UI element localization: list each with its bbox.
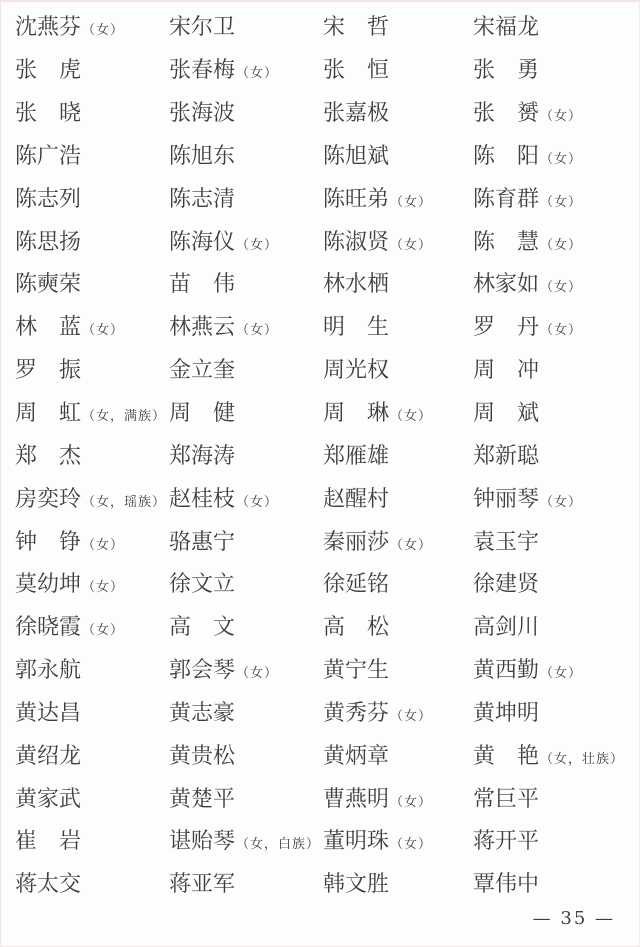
person-name: 陈旭东 [169, 144, 235, 169]
name-entry: 陈志清 [169, 189, 323, 211]
name-entry: 周 健 [169, 403, 323, 425]
name-entry: 林水栖 [323, 274, 473, 296]
name-entry: 郑新聪 [473, 446, 639, 468]
name-entry: 蒋亚军 [169, 874, 323, 896]
person-name: 周光权 [323, 358, 389, 383]
person-name: 徐文立 [169, 572, 235, 597]
person-name: 崔 岩 [15, 829, 81, 854]
name-entry: 黄 艳（女，壮族） [473, 746, 639, 768]
name-entry: 黄贵松 [169, 746, 323, 768]
name-entry: 陈志列 [15, 189, 169, 211]
gender-ethnicity-note: （女，壮族） [540, 752, 624, 767]
person-name: 陈旺弟 [323, 187, 389, 212]
person-name: 高 松 [323, 615, 389, 640]
person-name: 周 虹 [15, 401, 81, 426]
person-name: 陈 慧 [473, 230, 539, 255]
person-name: 黄志豪 [169, 701, 235, 726]
document-page: 沈燕芬（女）宋尔卫宋 哲宋福龙张 虎张春梅（女）张 恒张 勇张 晓张海波张嘉极张… [0, 0, 640, 947]
person-name: 覃伟中 [473, 872, 539, 897]
name-entry: 宋尔卫 [169, 17, 323, 39]
name-entry: 钟丽琴（女） [473, 489, 639, 511]
person-name: 张 勇 [473, 58, 539, 83]
name-entry: 周 虹（女，满族） [15, 403, 169, 425]
gender-ethnicity-note: （女） [390, 195, 432, 210]
name-entry: 黄宁生 [323, 660, 473, 682]
person-name: 赵醒村 [323, 487, 389, 512]
gender-ethnicity-note: （女） [540, 238, 582, 253]
name-entry: 郑 杰 [15, 446, 169, 468]
person-name: 张 赟 [473, 101, 539, 126]
gender-ethnicity-note: （女） [540, 666, 582, 681]
gender-ethnicity-note: （女） [236, 495, 278, 510]
person-name: 周 琳 [323, 401, 389, 426]
gender-ethnicity-note: （女） [82, 23, 124, 38]
person-name: 蒋亚军 [169, 872, 235, 897]
gender-ethnicity-note: （女） [82, 538, 124, 553]
person-name: 郑雁雄 [323, 444, 389, 469]
person-name: 郑 杰 [15, 444, 81, 469]
name-entry: 宋 哲 [323, 17, 473, 39]
gender-ethnicity-note: （女） [236, 66, 278, 81]
person-name: 郭会琴 [169, 658, 235, 683]
person-name: 黄炳章 [323, 744, 389, 769]
gender-ethnicity-note: （女） [82, 580, 124, 595]
person-name: 陈广浩 [15, 144, 81, 169]
person-name: 罗 丹 [473, 315, 539, 340]
name-entry: 高 松 [323, 617, 473, 639]
name-entry: 高剑川 [473, 617, 639, 639]
name-entry: 张嘉极 [323, 103, 473, 125]
name-entry: 周 冲 [473, 360, 639, 382]
person-name: 袁玉宇 [473, 530, 539, 555]
name-entry: 谌贻琴（女，白族） [169, 831, 323, 853]
name-entry: 陈旭斌 [323, 146, 473, 168]
name-entry: 钟 铮（女） [15, 532, 169, 554]
gender-ethnicity-note: （女） [390, 538, 432, 553]
name-entry: 房奕玲（女，瑶族） [15, 489, 169, 511]
person-name: 秦丽莎 [323, 530, 389, 555]
person-name: 张嘉极 [323, 101, 389, 126]
name-entry: 赵醒村 [323, 489, 473, 511]
name-entry: 黄楚平 [169, 789, 323, 811]
name-entry: 曹燕明（女） [323, 789, 473, 811]
name-entry: 陈思扬 [15, 232, 169, 254]
name-entry: 陈奭荣 [15, 274, 169, 296]
name-entry: 韩文胜 [323, 874, 473, 896]
name-entry: 徐延铭 [323, 574, 473, 596]
name-entry: 陈淑贤（女） [323, 232, 473, 254]
name-entry: 黄西勤（女） [473, 660, 639, 682]
name-entry: 林家如（女） [473, 274, 639, 296]
name-entry: 莫幼坤（女） [15, 574, 169, 596]
name-entry: 张 晓 [15, 103, 169, 125]
person-name: 宋福龙 [473, 15, 539, 40]
name-entry: 陈 慧（女） [473, 232, 639, 254]
name-entry: 蒋开平 [473, 831, 639, 853]
gender-ethnicity-note: （女） [540, 280, 582, 295]
name-entry: 明 生 [323, 317, 473, 339]
name-entry: 张春梅（女） [169, 60, 323, 82]
person-name: 黄绍龙 [15, 744, 81, 769]
person-name: 陈淑贤 [323, 230, 389, 255]
name-entry: 郑雁雄 [323, 446, 473, 468]
person-name: 林燕云 [169, 315, 235, 340]
name-entry: 骆惠宁 [169, 532, 323, 554]
person-name: 黄 艳 [473, 744, 539, 769]
name-entry: 陈旺弟（女） [323, 189, 473, 211]
gender-ethnicity-note: （女） [540, 323, 582, 338]
name-entry: 徐建贤 [473, 574, 639, 596]
name-entry: 黄秀芬（女） [323, 703, 473, 725]
person-name: 罗 振 [15, 358, 81, 383]
gender-ethnicity-note: （女，满族） [82, 409, 166, 424]
person-name: 周 冲 [473, 358, 539, 383]
person-name: 陈志清 [169, 187, 235, 212]
gender-ethnicity-note: （女） [540, 495, 582, 510]
person-name: 张海波 [169, 101, 235, 126]
name-entry: 徐文立 [169, 574, 323, 596]
person-name: 赵桂枝 [169, 487, 235, 512]
gender-ethnicity-note: （女，白族） [236, 837, 320, 852]
name-entry: 陈旭东 [169, 146, 323, 168]
name-entry: 蒋太交 [15, 874, 169, 896]
name-entry: 林燕云（女） [169, 317, 323, 339]
name-entry: 陈海仪（女） [169, 232, 323, 254]
person-name: 高剑川 [473, 615, 539, 640]
person-name: 黄家武 [15, 787, 81, 812]
name-entry: 常巨平 [473, 789, 639, 811]
name-entry: 崔 岩 [15, 831, 169, 853]
gender-ethnicity-note: （女） [236, 238, 278, 253]
person-name: 徐晓霞 [15, 615, 81, 640]
person-name: 陈奭荣 [15, 272, 81, 297]
person-name: 陈思扬 [15, 230, 81, 255]
name-entry: 罗 丹（女） [473, 317, 639, 339]
person-name: 陈 阳 [473, 144, 539, 169]
name-entry: 张海波 [169, 103, 323, 125]
person-name: 黄宁生 [323, 658, 389, 683]
person-name: 蒋开平 [473, 829, 539, 854]
name-entry: 张 赟（女） [473, 103, 639, 125]
person-name: 谌贻琴 [169, 829, 235, 854]
gender-ethnicity-note: （女） [390, 837, 432, 852]
person-name: 林 蓝 [15, 315, 81, 340]
person-name: 沈燕芬 [15, 15, 81, 40]
person-name: 陈育群 [473, 187, 539, 212]
name-entry: 陈广浩 [15, 146, 169, 168]
name-entry: 金立奎 [169, 360, 323, 382]
person-name: 高 文 [169, 615, 235, 640]
name-entry: 郑海涛 [169, 446, 323, 468]
person-name: 陈志列 [15, 187, 81, 212]
name-entry: 董明珠（女） [323, 831, 473, 853]
page-number: — 35 — [533, 908, 615, 929]
person-name: 房奕玲 [15, 487, 81, 512]
person-name: 苗 伟 [169, 272, 235, 297]
person-name: 张 恒 [323, 58, 389, 83]
person-name: 常巨平 [473, 787, 539, 812]
name-entry: 高 文 [169, 617, 323, 639]
name-entry: 周光权 [323, 360, 473, 382]
gender-ethnicity-note: （女） [390, 238, 432, 253]
name-entry: 宋福龙 [473, 17, 639, 39]
person-name: 林家如 [473, 272, 539, 297]
person-name: 郑新聪 [473, 444, 539, 469]
name-entry: 周 斌 [473, 403, 639, 425]
person-name: 林水栖 [323, 272, 389, 297]
name-entry: 陈育群（女） [473, 189, 639, 211]
name-entry: 黄达昌 [15, 703, 169, 725]
name-entry: 黄坤明 [473, 703, 639, 725]
name-entry: 黄家武 [15, 789, 169, 811]
person-name: 黄楚平 [169, 787, 235, 812]
name-grid: 沈燕芬（女）宋尔卫宋 哲宋福龙张 虎张春梅（女）张 恒张 勇张 晓张海波张嘉极张… [15, 7, 639, 907]
name-entry: 沈燕芬（女） [15, 17, 169, 39]
name-entry: 秦丽莎（女） [323, 532, 473, 554]
person-name: 宋尔卫 [169, 15, 235, 40]
name-entry: 张 恒 [323, 60, 473, 82]
gender-ethnicity-note: （女） [236, 323, 278, 338]
name-entry: 郭会琴（女） [169, 660, 323, 682]
person-name: 董明珠 [323, 829, 389, 854]
person-name: 黄达昌 [15, 701, 81, 726]
gender-ethnicity-note: （女） [390, 709, 432, 724]
person-name: 郑海涛 [169, 444, 235, 469]
person-name: 蒋太交 [15, 872, 81, 897]
name-entry: 黄炳章 [323, 746, 473, 768]
name-entry: 袁玉宇 [473, 532, 639, 554]
person-name: 徐延铭 [323, 572, 389, 597]
person-name: 骆惠宁 [169, 530, 235, 555]
name-entry: 张 虎 [15, 60, 169, 82]
name-entry: 张 勇 [473, 60, 639, 82]
gender-ethnicity-note: （女） [82, 623, 124, 638]
gender-ethnicity-note: （女） [82, 323, 124, 338]
person-name: 黄西勤 [473, 658, 539, 683]
person-name: 黄坤明 [473, 701, 539, 726]
name-entry: 覃伟中 [473, 874, 639, 896]
gender-ethnicity-note: （女） [540, 152, 582, 167]
person-name: 钟 铮 [15, 530, 81, 555]
person-name: 陈海仪 [169, 230, 235, 255]
person-name: 韩文胜 [323, 872, 389, 897]
name-entry: 赵桂枝（女） [169, 489, 323, 511]
gender-ethnicity-note: （女） [390, 795, 432, 810]
person-name: 莫幼坤 [15, 572, 81, 597]
name-entry: 陈 阳（女） [473, 146, 639, 168]
person-name: 徐建贤 [473, 572, 539, 597]
person-name: 郭永航 [15, 658, 81, 683]
person-name: 黄贵松 [169, 744, 235, 769]
person-name: 张 虎 [15, 58, 81, 83]
person-name: 张春梅 [169, 58, 235, 83]
person-name: 周 健 [169, 401, 235, 426]
person-name: 明 生 [323, 315, 389, 340]
name-entry: 苗 伟 [169, 274, 323, 296]
name-entry: 周 琳（女） [323, 403, 473, 425]
name-entry: 罗 振 [15, 360, 169, 382]
person-name: 张 晓 [15, 101, 81, 126]
gender-ethnicity-note: （女） [540, 195, 582, 210]
gender-ethnicity-note: （女，瑶族） [82, 495, 166, 510]
person-name: 周 斌 [473, 401, 539, 426]
gender-ethnicity-note: （女） [236, 666, 278, 681]
person-name: 金立奎 [169, 358, 235, 383]
name-entry: 林 蓝（女） [15, 317, 169, 339]
person-name: 钟丽琴 [473, 487, 539, 512]
person-name: 曹燕明 [323, 787, 389, 812]
name-entry: 黄志豪 [169, 703, 323, 725]
person-name: 宋 哲 [323, 15, 389, 40]
name-entry: 郭永航 [15, 660, 169, 682]
name-entry: 徐晓霞（女） [15, 617, 169, 639]
gender-ethnicity-note: （女） [390, 409, 432, 424]
name-entry: 黄绍龙 [15, 746, 169, 768]
person-name: 黄秀芬 [323, 701, 389, 726]
gender-ethnicity-note: （女） [540, 109, 582, 124]
person-name: 陈旭斌 [323, 144, 389, 169]
